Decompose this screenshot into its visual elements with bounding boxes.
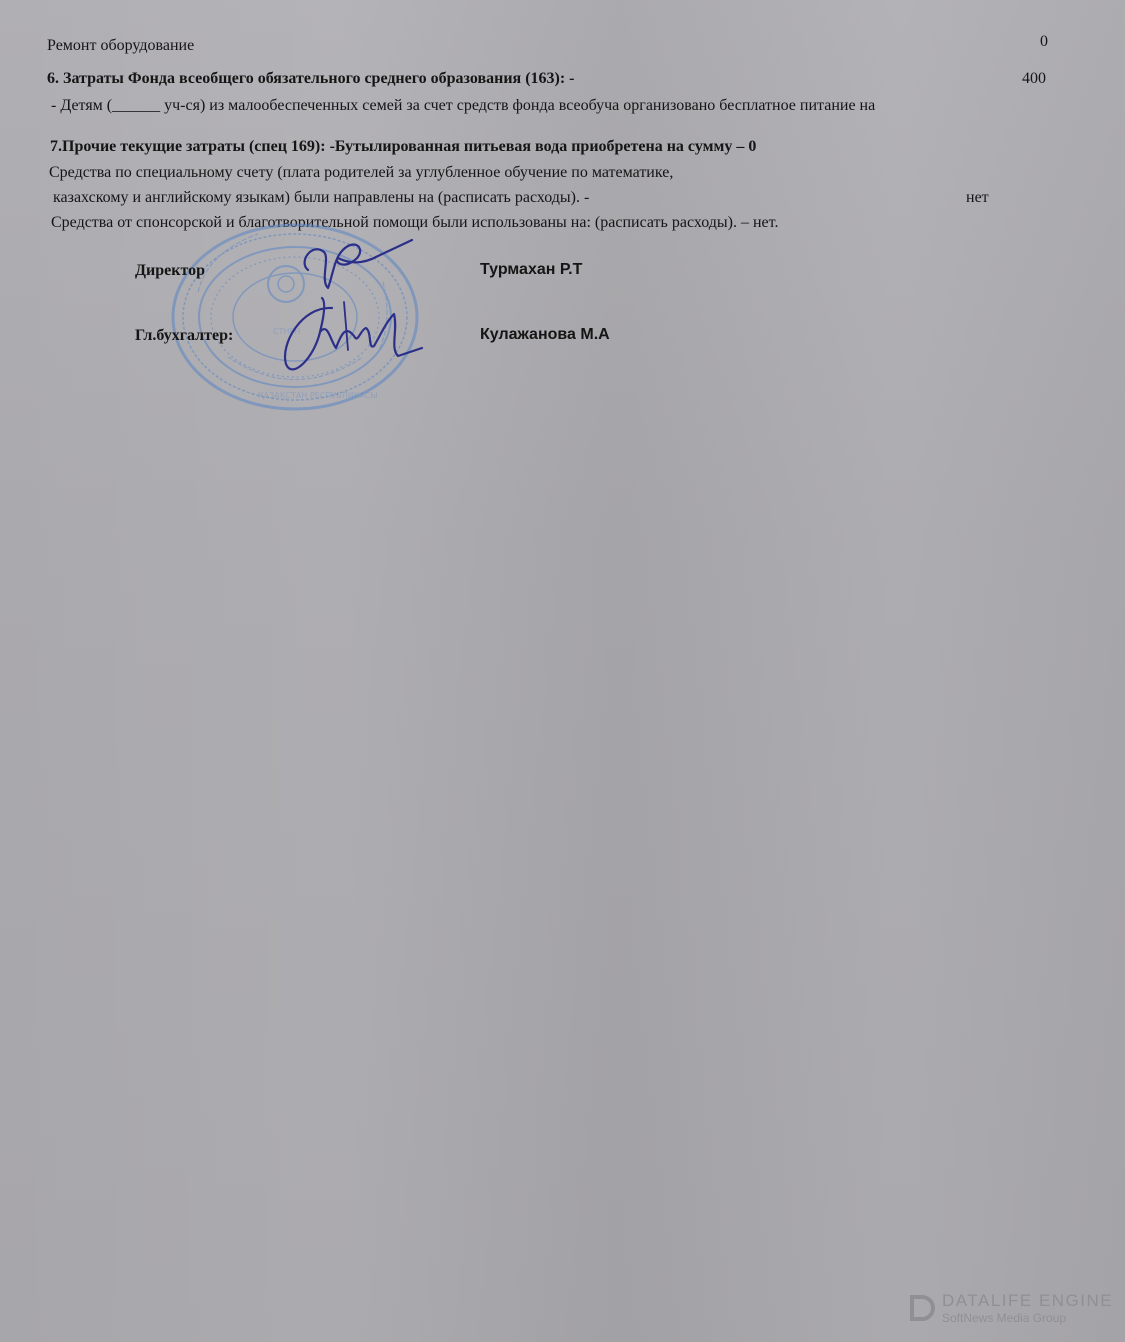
accountant-title: Гл.бухгалтер: [135, 326, 233, 346]
svg-text:СТНРН: СТНРН [273, 327, 300, 336]
director-signature-icon [290, 232, 420, 302]
document-page: Ремонт оборудование 0 6. Затраты Фонда в… [0, 0, 1125, 1342]
accountant-name: Кулажанова М.А [480, 325, 610, 345]
director-name: Турмахан Р.Т [480, 260, 582, 280]
sponsor-funds-line: Средства от спонсорской и благотворитель… [51, 213, 778, 233]
section-6-detail: - Детям (______ уч-ся) из малообеспеченн… [51, 96, 875, 116]
section-6-heading: 6. Затраты Фонда всеобщего обязательного… [47, 69, 575, 89]
special-account-line-1: Средства по специальному счету (плата ро… [49, 163, 673, 183]
official-stamp-icon: ҚАЗАҚСТАН РЕСПУБЛИКАСЫ СТНРН [168, 222, 422, 412]
section-7-heading: 7.Прочие текущие затраты (спец 169): -Бу… [50, 137, 756, 157]
repair-value: 0 [1040, 32, 1048, 52]
datalife-logo-icon [908, 1294, 936, 1322]
section-6-value: 400 [1022, 69, 1046, 89]
special-account-value: нет [966, 188, 989, 208]
accountant-signature-icon [262, 292, 432, 377]
watermark-title: DATALIFE ENGINE [942, 1292, 1113, 1310]
repair-label: Ремонт оборудование [47, 36, 194, 56]
svg-text:ҚАЗАҚСТАН РЕСПУБЛИКАСЫ: ҚАЗАҚСТАН РЕСПУБЛИКАСЫ [258, 391, 378, 400]
special-account-line-2: казахскому и английскому языкам) были на… [53, 188, 589, 208]
watermark-subtitle: SoftNews Media Group [942, 1311, 1066, 1325]
director-title: Директор [135, 261, 205, 281]
watermark: DATALIFE ENGINE SoftNews Media Group [908, 1290, 1118, 1334]
